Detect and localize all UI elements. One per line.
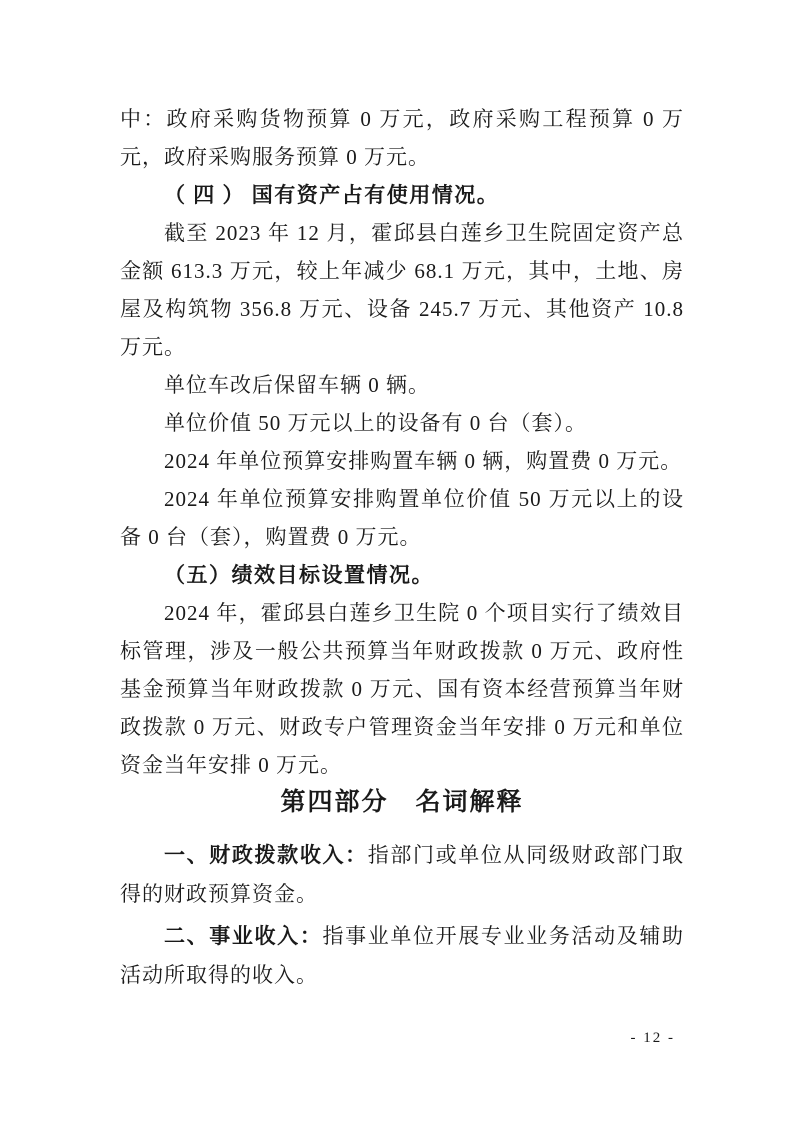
term-business-income: 二、事业收入：指事业单位开展专业业务活动及辅助活动所取得的收入。 xyxy=(120,917,684,994)
document-page-content: 中：政府采购货物预算 0 万元，政府采购工程预算 0 万元，政府采购服务预算 0… xyxy=(120,100,684,994)
paragraph-equipment-over-50: 单位价值 50 万元以上的设备有 0 台（套）。 xyxy=(120,404,684,442)
paragraph-vehicle-purchase-2024: 2024 年单位预算安排购置车辆 0 辆，购置费 0 万元。 xyxy=(120,442,684,480)
page-number: - 12 - xyxy=(631,1030,676,1047)
paragraph-vehicles-kept: 单位车改后保留车辆 0 辆。 xyxy=(120,366,684,404)
heading-section-five-performance: （五）绩效目标设置情况。 xyxy=(120,556,684,594)
term-lead-label: 一、财政拨款收入： xyxy=(164,844,368,867)
term-fiscal-appropriation-income: 一、财政拨款收入：指部门或单位从同级财政部门取得的财政预算资金。 xyxy=(120,836,684,913)
paragraph-fixed-assets-summary: 截至 2023 年 12 月，霍邱县白莲乡卫生院固定资产总金额 613.3 万元… xyxy=(120,214,684,366)
paragraph-equipment-purchase-2024: 2024 年单位预算安排购置单位价值 50 万元以上的设备 0 台（套），购置费… xyxy=(120,480,684,556)
heading-section-four-state-assets: （ 四 ） 国有资产占有使用情况。 xyxy=(120,176,684,214)
paragraph-procurement-continuation: 中：政府采购货物预算 0 万元，政府采购工程预算 0 万元，政府采购服务预算 0… xyxy=(120,100,684,176)
part-four-heading-glossary: 第四部分 名词解释 xyxy=(120,780,684,824)
paragraph-performance-targets: 2024 年，霍邱县白莲乡卫生院 0 个项目实行了绩效目标管理，涉及一般公共预算… xyxy=(120,594,684,784)
term-lead-label: 二、事业收入： xyxy=(164,925,322,948)
